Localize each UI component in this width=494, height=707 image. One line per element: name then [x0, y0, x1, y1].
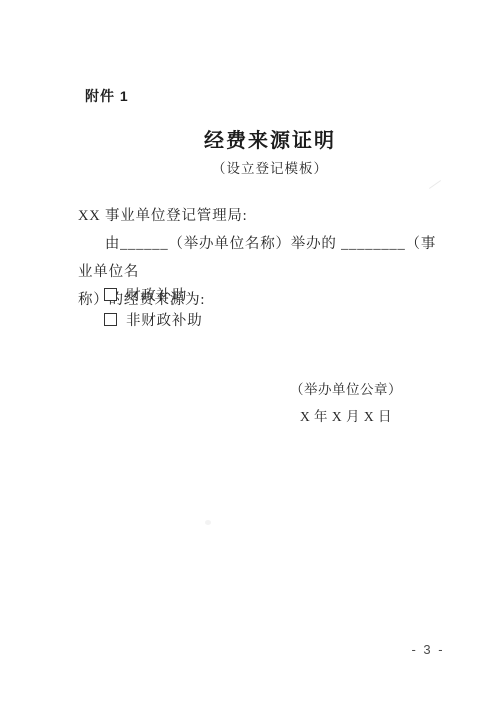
body-line-1: 由______（举办单位名称）举办的 ________（事业单位名 — [78, 230, 438, 286]
scan-artifact — [429, 180, 441, 189]
option-row-non-fiscal: 非财政补助 — [104, 307, 203, 332]
page-number: - 3 - — [400, 642, 456, 657]
document-page: 附件 1 经费来源证明 （设立登记模板） XX 事业单位登记管理局: 由____… — [0, 0, 494, 707]
option-label: 非财政补助 — [126, 309, 203, 330]
signature-block: （举办单位公章） X 年 X 月 X 日 — [280, 376, 412, 430]
document-subtitle: （设立登记模板） — [130, 157, 410, 177]
date-line: X 年 X 月 X 日 — [280, 403, 412, 430]
checkbox-icon — [104, 313, 117, 326]
seal-note: （举办单位公章） — [280, 376, 412, 403]
option-row-fiscal: 财政补助 — [104, 282, 203, 307]
checkbox-icon — [104, 288, 117, 301]
scan-artifact — [205, 520, 211, 525]
attachment-label: 附件 1 — [85, 86, 129, 106]
option-label: 财政补助 — [126, 284, 187, 305]
funding-options: 财政补助 非财政补助 — [104, 282, 203, 332]
salutation-line: XX 事业单位登记管理局: — [78, 202, 438, 230]
document-title: 经费来源证明 — [130, 124, 410, 153]
